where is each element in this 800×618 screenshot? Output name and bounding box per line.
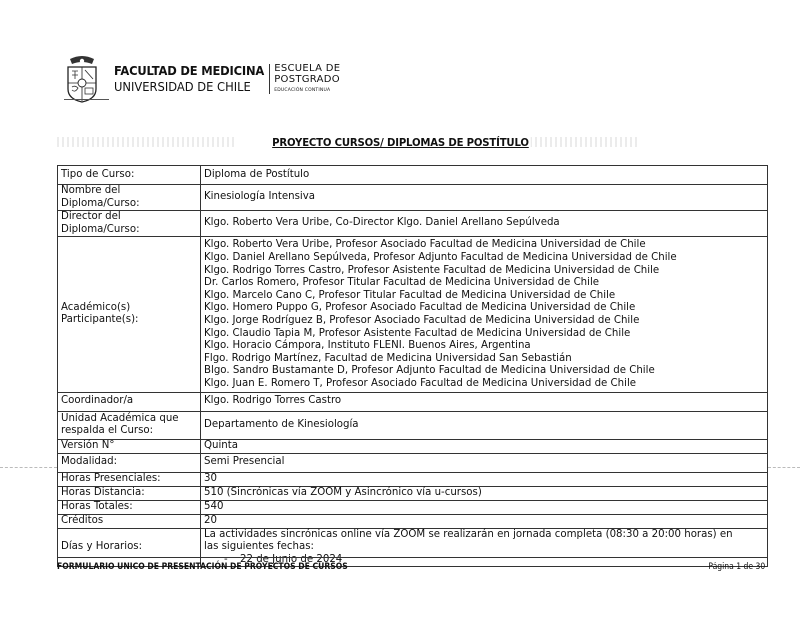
field-label: Tipo de Curso: <box>58 166 201 185</box>
footer-rule <box>57 557 768 558</box>
page-title-text: PROYECTO CURSOS/ DIPLOMAS DE POSTÍTULO <box>270 136 530 149</box>
brand-separator <box>269 64 270 94</box>
field-label: Días y Horarios: <box>58 528 201 567</box>
academic-item: Klgo. Roberto Vera Uribe, Profesor Asoci… <box>204 239 764 252</box>
field-label: Créditos <box>58 514 201 528</box>
schedule-value: La actividades sincrónicas online vía ZO… <box>201 528 768 567</box>
table-row: Días y Horarios: La actividades sincróni… <box>58 528 768 567</box>
schedule-text: las siguientes fechas: <box>204 541 764 554</box>
field-label: Coordinador/a <box>58 392 201 411</box>
academic-item: Flgo. Rodrigo Martínez, Facultad de Medi… <box>204 353 764 366</box>
university-name: UNIVERSIDAD DE CHILE <box>114 79 264 95</box>
academic-item: Klgo. Horacio Cámpora, Instituto FLENI. … <box>204 340 764 353</box>
academics-list: Klgo. Roberto Vera Uribe, Profesor Asoci… <box>201 237 768 392</box>
table-row: Horas Distancia: 510 (Sincrónicas vía ZO… <box>58 486 768 500</box>
header-underline <box>64 99 109 100</box>
university-crest-icon <box>64 55 100 103</box>
course-form-table: Tipo de Curso: Diploma de Postítulo Nomb… <box>57 165 768 567</box>
school-line-2: POSTGRADO <box>274 74 340 85</box>
table-row: Unidad Académica que respalda el Curso: … <box>58 411 768 439</box>
field-label: Modalidad: <box>58 453 201 472</box>
schedule-text: La actividades sincrónicas online vía ZO… <box>204 529 764 542</box>
table-row: Director del Diploma/Curso: Klgo. Robert… <box>58 211 768 237</box>
scan-artifact-line <box>0 467 57 468</box>
table-row: Créditos 20 <box>58 514 768 528</box>
academic-item: Blgo. Sandro Bustamante D, Profesor Adju… <box>204 365 764 378</box>
field-label: Nombre del Diploma/Curso: <box>58 185 201 211</box>
faculty-name: FACULTAD DE MEDICINA <box>114 63 264 79</box>
field-label: Horas Totales: <box>58 500 201 514</box>
field-value: Klgo. Roberto Vera Uribe, Co-Director Kl… <box>201 211 768 237</box>
field-label: Horas Distancia: <box>58 486 201 500</box>
academic-item: Klgo. Claudio Tapia M, Profesor Asistent… <box>204 328 764 341</box>
field-value: 30 <box>201 472 768 486</box>
field-label: Director del Diploma/Curso: <box>58 211 201 237</box>
field-label: Horas Presenciales: <box>58 472 201 486</box>
field-value: Diploma de Postítulo <box>201 166 768 185</box>
table-row: Nombre del Diploma/Curso: Kinesiología I… <box>58 185 768 211</box>
field-label: Académico(s) Participante(s): <box>58 237 201 392</box>
table-row: Coordinador/a Klgo. Rodrigo Torres Castr… <box>58 392 768 411</box>
field-label: Unidad Académica que respalda el Curso: <box>58 411 201 439</box>
field-value: Semi Presencial <box>201 453 768 472</box>
field-value: Quinta <box>201 439 768 453</box>
table-row: Tipo de Curso: Diploma de Postítulo <box>58 166 768 185</box>
field-value: 510 (Sincrónicas vía ZOOM y Asincrónico … <box>201 486 768 500</box>
field-value: 540 <box>201 500 768 514</box>
scan-artifact-line <box>768 467 800 468</box>
table-row: Horas Presenciales: 30 <box>58 472 768 486</box>
school-line-3: EDUCACIÓN CONTINUA <box>274 85 340 96</box>
academic-item: Klgo. Homero Puppo G, Profesor Asociado … <box>204 302 764 315</box>
field-value: 20 <box>201 514 768 528</box>
academic-item: Klgo. Daniel Arellano Sepúlveda, Profeso… <box>204 252 764 265</box>
field-value: Klgo. Rodrigo Torres Castro <box>201 392 768 411</box>
field-value: Departamento de Kinesiología <box>201 411 768 439</box>
academic-item: Klgo. Jorge Rodríguez B, Profesor Asocia… <box>204 315 764 328</box>
academic-item: Dr. Carlos Romero, Profesor Titular Facu… <box>204 277 764 290</box>
table-row: Académico(s) Participante(s): Klgo. Robe… <box>58 237 768 392</box>
table-row: Modalidad: Semi Presencial <box>58 453 768 472</box>
field-label: Versión N° <box>58 439 201 453</box>
table-row: Horas Totales: 540 <box>58 500 768 514</box>
school-brand: ESCUELA DE POSTGRADO EDUCACIÓN CONTINUA <box>274 63 340 96</box>
table-row: Versión N° Quinta <box>58 439 768 453</box>
academic-item: Klgo. Juan E. Romero T, Profesor Asociad… <box>204 378 764 391</box>
footer-page-number: Página 1 de 30 <box>708 562 765 572</box>
field-value: Kinesiología Intensiva <box>201 185 768 211</box>
school-line-1: ESCUELA DE <box>274 63 340 74</box>
page-title: PROYECTO CURSOS/ DIPLOMAS DE POSTÍTULO <box>0 136 800 149</box>
footer-form-name: FORMULARIO UNICO DE PRESENTACIÓN DE PROY… <box>57 562 348 572</box>
academic-item: Klgo. Rodrigo Torres Castro, Profesor As… <box>204 265 764 278</box>
faculty-brand: FACULTAD DE MEDICINA UNIVERSIDAD DE CHIL… <box>114 63 277 95</box>
academic-item: Klgo. Marcelo Cano C, Profesor Titular F… <box>204 290 764 303</box>
